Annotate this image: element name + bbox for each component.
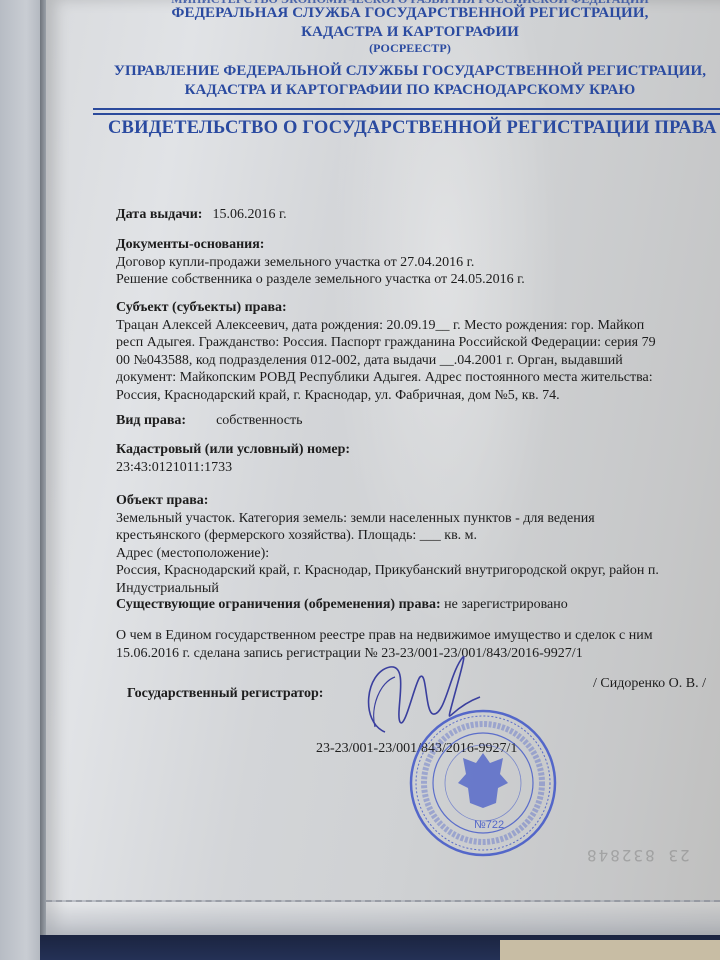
office-line-1: УПРАВЛЕНИЕ ФЕДЕРАЛЬНОЙ СЛУЖБЫ ГОСУДАРСТВ… (100, 62, 720, 81)
blank-serial-number: 23 832848 (585, 846, 690, 865)
object-line: Адрес (местоположение): (116, 545, 659, 563)
registrar-label: Государственный регистратор: (127, 686, 323, 702)
cadastral-section: Кадастровый (или условный) номер: 23:43:… (116, 441, 350, 476)
official-seal-icon: №722 (408, 708, 558, 858)
agency-line-2: КАДАСТРА И КАРТОГРАФИИ (100, 23, 720, 42)
cadastral-label: Кадастровый (или условный) номер: (116, 441, 350, 459)
encumbrances-label: Существующие ограничения (обременения) п… (116, 597, 441, 612)
encumbrances: Существующие ограничения (обременения) п… (116, 596, 568, 614)
object-line: Земельный участок. Категория земель: зем… (116, 510, 659, 528)
office-line-2: КАДАСТРА И КАРТОГРАФИИ ПО КРАСНОДАРСКОМУ… (100, 81, 720, 100)
issue-date: Дата выдачи:15.06.2016 г. (116, 206, 287, 224)
right-type: Вид права:собственность (116, 412, 303, 430)
document-title: СВИДЕТЕЛЬСТВО О ГОСУДАРСТВЕННОЙ РЕГИСТРА… (108, 118, 720, 139)
encumbrances-value: не зарегистрировано (444, 597, 568, 612)
subject-section: Субъект (субъекты) права: Трацан Алексей… (116, 299, 656, 404)
object-line: крестьянского (фермерского хозяйства). П… (116, 527, 659, 545)
cadastral-value: 23:43:0121011:1733 (116, 459, 350, 477)
folder-left-edge (0, 0, 44, 960)
object-line: Индустриальный (116, 580, 659, 598)
subject-line: документ: Майкопским РОВД Республики Ады… (116, 369, 656, 387)
agency-line-1: ФЕДЕРАЛЬНАЯ СЛУЖБА ГОСУДАРСТВЕННОЙ РЕГИС… (100, 4, 720, 23)
subject-line: респ Адыгея. Гражданство: Россия. Паспор… (116, 334, 656, 352)
basis-document-item: Решение собственника о разделе земельног… (116, 271, 525, 289)
background-surface (500, 940, 720, 960)
basis-documents-label: Документы-основания: (116, 236, 525, 254)
subject-line: 00 №043588, код подразделения 012-002, д… (116, 352, 656, 370)
sleeve-bottom-edge (46, 900, 720, 937)
right-type-label: Вид права: (116, 413, 186, 428)
object-line: Россия, Краснодарский край, г. Краснодар… (116, 562, 659, 580)
header-rule-bottom (93, 113, 720, 115)
issue-date-label: Дата выдачи: (116, 207, 202, 222)
basis-documents: Документы-основания: Договор купли-прода… (116, 236, 525, 289)
issue-date-value: 15.06.2016 г. (212, 207, 286, 222)
seal-number: №722 (474, 819, 504, 831)
agency-short-name: (РОСРЕЕСТР) (100, 41, 720, 55)
registry-note-line: О чем в Едином государственном реестре п… (116, 627, 653, 645)
subject-label: Субъект (субъекты) права: (116, 299, 656, 317)
basis-document-item: Договор купли-продажи земельного участка… (116, 254, 525, 272)
header-rule-top (93, 108, 720, 110)
subject-line: Россия, Краснодарский край, г. Краснодар… (116, 387, 656, 405)
subject-line: Трацан Алексей Алексеевич, дата рождения… (116, 317, 656, 335)
object-section: Объект права: Земельный участок. Категор… (116, 492, 659, 597)
registrar-name: / Сидоренко О. В. / (593, 676, 706, 692)
right-type-value: собственность (216, 413, 302, 428)
object-label: Объект права: (116, 492, 659, 510)
